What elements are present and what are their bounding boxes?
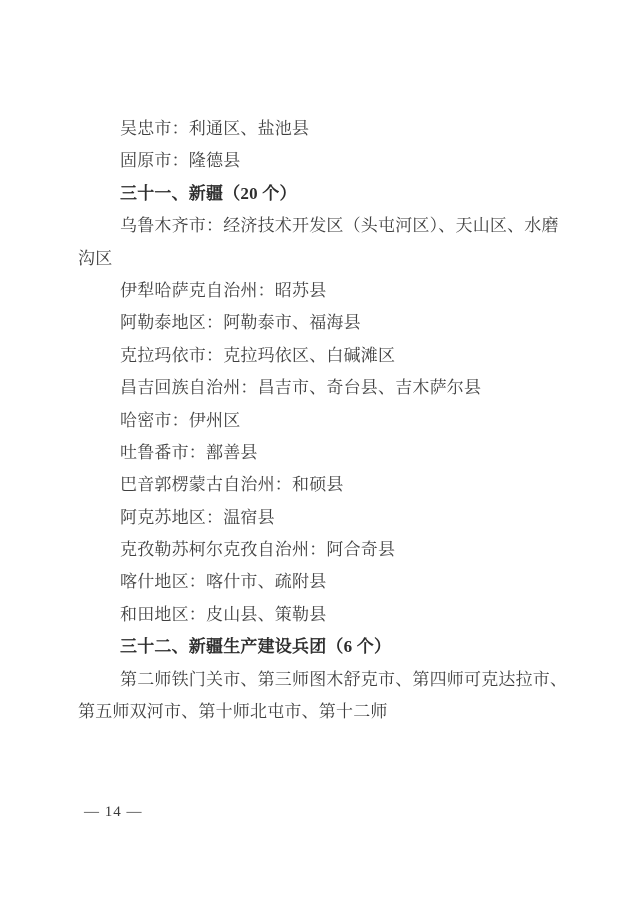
section-heading-xinjiang: 三十一、新疆（20 个）	[78, 178, 574, 210]
text-line: 乌鲁木齐市：经济技术开发区（头屯河区）、天山区、水磨	[78, 210, 574, 242]
text-line: 克孜勒苏柯尔克孜自治州：阿合奇县	[78, 534, 574, 566]
text-line: 第二师铁门关市、第三师图木舒克市、第四师可克达拉市、	[78, 664, 574, 696]
document-body: 吴忠市：利通区、盐池县 固原市：隆德县 三十一、新疆（20 个） 乌鲁木齐市：经…	[78, 113, 574, 728]
section-heading-bingtuan: 三十二、新疆生产建设兵团（6 个）	[78, 631, 574, 663]
text-line: 昌吉回族自治州：昌吉市、奇台县、吉木萨尔县	[78, 372, 574, 404]
text-line: 哈密市：伊州区	[78, 405, 574, 437]
text-line: 克拉玛依市：克拉玛依区、白碱滩区	[78, 340, 574, 372]
text-line: 吐鲁番市：鄯善县	[78, 437, 574, 469]
text-line: 第五师双河市、第十师北屯市、第十二师	[78, 696, 574, 728]
page-footer: — 14 —	[84, 801, 143, 823]
text-line: 巴音郭楞蒙古自治州：和硕县	[78, 469, 574, 501]
text-line: 和田地区：皮山县、策勒县	[78, 599, 574, 631]
text-line: 喀什地区：喀什市、疏附县	[78, 566, 574, 598]
text-line: 阿勒泰地区：阿勒泰市、福海县	[78, 307, 574, 339]
text-line: 沟区	[78, 243, 574, 275]
text-line: 吴忠市：利通区、盐池县	[78, 113, 574, 145]
text-line: 阿克苏地区：温宿县	[78, 502, 574, 534]
text-line: 伊犁哈萨克自治州：昭苏县	[78, 275, 574, 307]
document-page: 吴忠市：利通区、盐池县 固原市：隆德县 三十一、新疆（20 个） 乌鲁木齐市：经…	[0, 0, 640, 905]
page-number: — 14 —	[84, 804, 143, 820]
text-line: 固原市：隆德县	[78, 145, 574, 177]
